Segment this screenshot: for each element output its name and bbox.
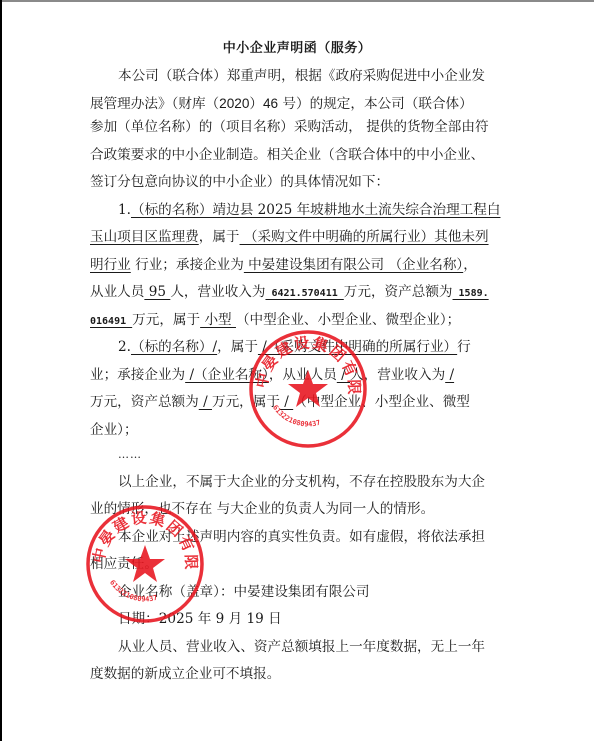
industry: /（采购文件中明确的所属行业） [258,339,457,355]
industry: （采购文件中明确的所属行业）其他未列 [240,229,489,245]
label: ，从业人员 [269,367,337,383]
label: 行业；承接企业为 [131,257,244,273]
item2-line-2: 业；承接企业为 /（企业名称），从业人员 / 人，营业收入为 / [90,366,510,384]
document-page: 中小企业声明函（服务） 本公司（联合体）郑重声明，根据《政府采购促进中小企业发 … [0,0,594,741]
intro-line-4: 合政策要求的中小企业制造。相关企业（含联合体中的中小企业、 [90,146,510,164]
intro-line-3: 参加（单位名称）的（项目名称）采购活动， 提供的货物全部由符 [90,118,510,136]
item2-line-3: 万元，资产总额为 / 万元，属于 / （中型企业、小型企业、微型 [90,393,510,411]
declaration-line-3: 本企业对上述声明内容的真实性负责。如有虚假，将依法承担 [118,528,538,546]
punct: ， [463,257,477,273]
enterprise-scale: 小型 [200,312,236,328]
doc-number: 46 [263,96,278,111]
employee-count: / [337,367,350,383]
page-top-border [0,0,594,2]
signature-date: 日期：2025 年 9 月 19 日 [118,610,538,628]
label: 人，营业收入为 [170,284,265,300]
ellipsis: …… [118,446,538,464]
item2-line-4: 企业）； [90,421,510,439]
assets-value: / [199,394,212,410]
label: 人，营业收入为 [350,367,445,383]
employee-count: 95 [144,284,170,300]
item1-line-5: 016491 万元，属于 小型 （中型企业、小型企业、微型企业）； [90,311,510,331]
company-name: /（企业名称） [185,367,269,383]
industry-cont: 明行业 [90,257,131,273]
date-value: 2025 年 9 月 19 日 [159,611,282,627]
text: ） [249,96,263,112]
label: 业；承接企业为 [90,367,185,383]
label: 从业人员 [90,284,144,300]
item-index: 1. [118,202,131,218]
revenue-value: 6421.570411 [265,288,343,299]
subject-name-cont: 玉山项目区监理费 [90,229,199,245]
assets-value: 1589. [453,288,489,299]
note-line-1: 从业人员、营业收入、资产总额填报上一年度数据，无上一年 [118,638,538,656]
scale-options: （中型企业、小型企业、微型 [293,394,470,410]
label: 万元，属于 [212,394,280,410]
subject-name: （标的名称）/ [131,339,217,355]
item1-line-2: 玉山项目区监理费，属于 （采购文件中明确的所属行业）其他未列 [90,228,510,246]
declaration-line-4: 相应责任。 [90,555,510,573]
label: ，属于 [199,229,240,245]
intro-line-5: 签订分包意向协议的中小企业）的具体情况如下： [90,173,510,191]
company-name: 中晏建设集团有限公司 （企业名称） [244,257,463,273]
item1-line-4: 从业人员 95 人，营业收入为 6421.570411 万元，资产总额为 158… [90,283,510,303]
text: 展管理办法》（财库（ [90,96,219,112]
company-label: 企业名称（盖章）： [118,584,234,600]
subject-name: （标的名称）靖边县 2025 年坡耕地水土流失综合治理工程白 [131,202,501,218]
intro-line-2: 展管理办法》（财库（2020）46 号）的规定，本公司（联合体） [90,95,510,113]
label: 万元，属于 [132,312,200,328]
scale-options: （中型企业、小型企业、微型企业）； [236,312,460,328]
label: ，属于 [217,339,258,355]
intro-line-1: 本公司（联合体）郑重声明，根据《政府采购促进中小企业发 [118,67,538,85]
item1-line-1: 1.（标的名称）靖边县 2025 年坡耕地水土流失综合治理工程白 [118,201,538,219]
declaration-line-1: 以上企业，不属于大企业的分支机构，不存在控股股东为大企 [118,473,538,491]
date-label: 日期： [118,611,159,627]
declaration-line-2: 业的情形，也不存在 与大企业的负责人为同一人的情形。 [90,500,510,518]
company-name: 中晏建设集团有限公司 [234,584,370,600]
item2-line-1: 2.（标的名称）/，属于 /（采购文件中明确的所属行业）行 [118,338,538,356]
year: 2020 [219,96,249,111]
label: 万元，资产总额为 [344,284,453,300]
label: 万元，资产总额为 [90,394,199,410]
item-index: 2. [118,339,131,355]
label: 行 [457,339,471,355]
assets-value-cont: 016491 [90,316,132,327]
note-line-2: 度数据的新成立企业可不填报。 [90,665,510,683]
signature-company: 企业名称（盖章）：中晏建设集团有限公司 [118,583,538,601]
text: 号）的规定，本公司（联合体） [278,96,473,112]
page-left-border [0,0,2,741]
page-title: 中小企业声明函（服务） [0,37,594,56]
enterprise-scale: / [280,394,293,410]
revenue-value: / [445,367,454,383]
item1-line-3: 明行业 行业；承接企业为 中晏建设集团有限公司 （企业名称）， [90,256,510,274]
